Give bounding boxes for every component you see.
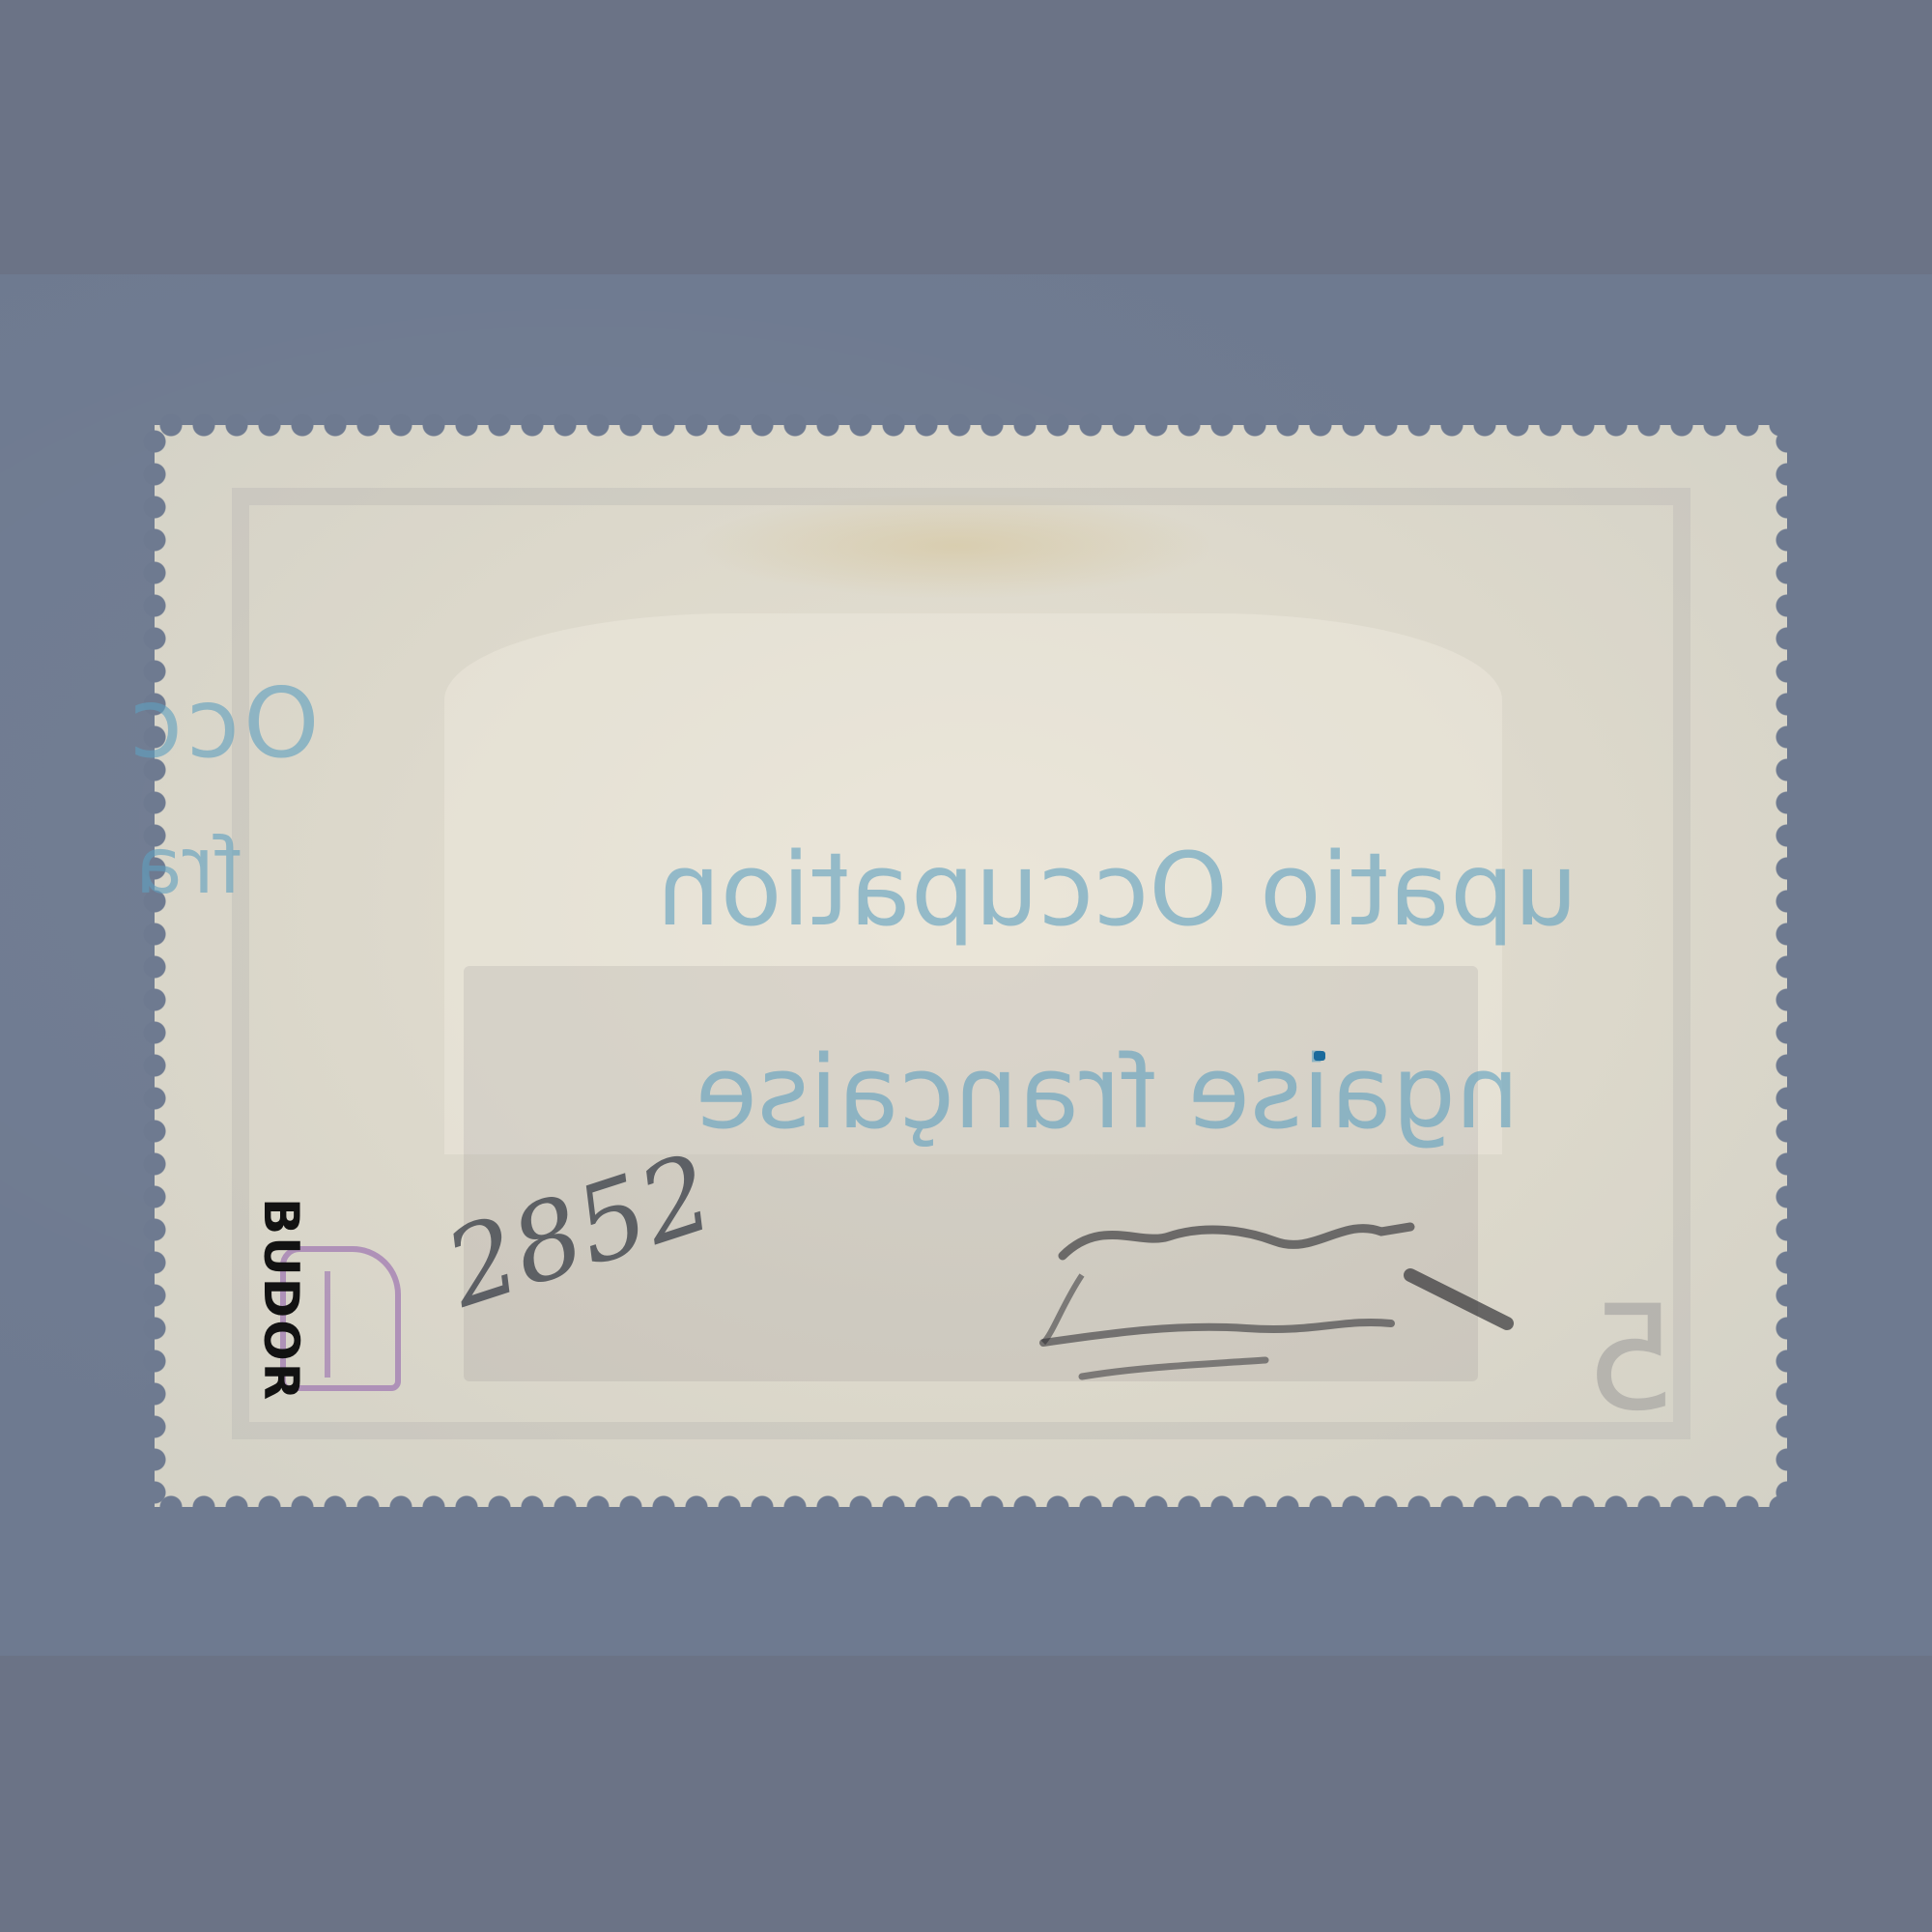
overprint-center-line-2: ngaise française	[696, 1034, 1520, 1151]
overprint-left-line-1: Occ	[126, 667, 320, 780]
ink-speck	[1314, 1051, 1325, 1061]
pencil-signature	[1024, 1198, 1526, 1391]
expert-handstamp: BUDOR	[253, 1198, 309, 1402]
perforation-bottom	[155, 1492, 1787, 1521]
face-value-show-through: 5	[1584, 1275, 1676, 1443]
perforation-right	[1773, 425, 1802, 1507]
stamp-back: Occ fra upatio Occupation ngaise françai…	[155, 425, 1787, 1507]
overprint-left-line-2: fra	[135, 821, 241, 911]
perforation-top	[155, 411, 1787, 440]
overprint-center-line-1: upatio Occupation	[657, 831, 1577, 949]
gum-stain	[696, 493, 1217, 599]
perforation-left	[140, 425, 169, 1507]
